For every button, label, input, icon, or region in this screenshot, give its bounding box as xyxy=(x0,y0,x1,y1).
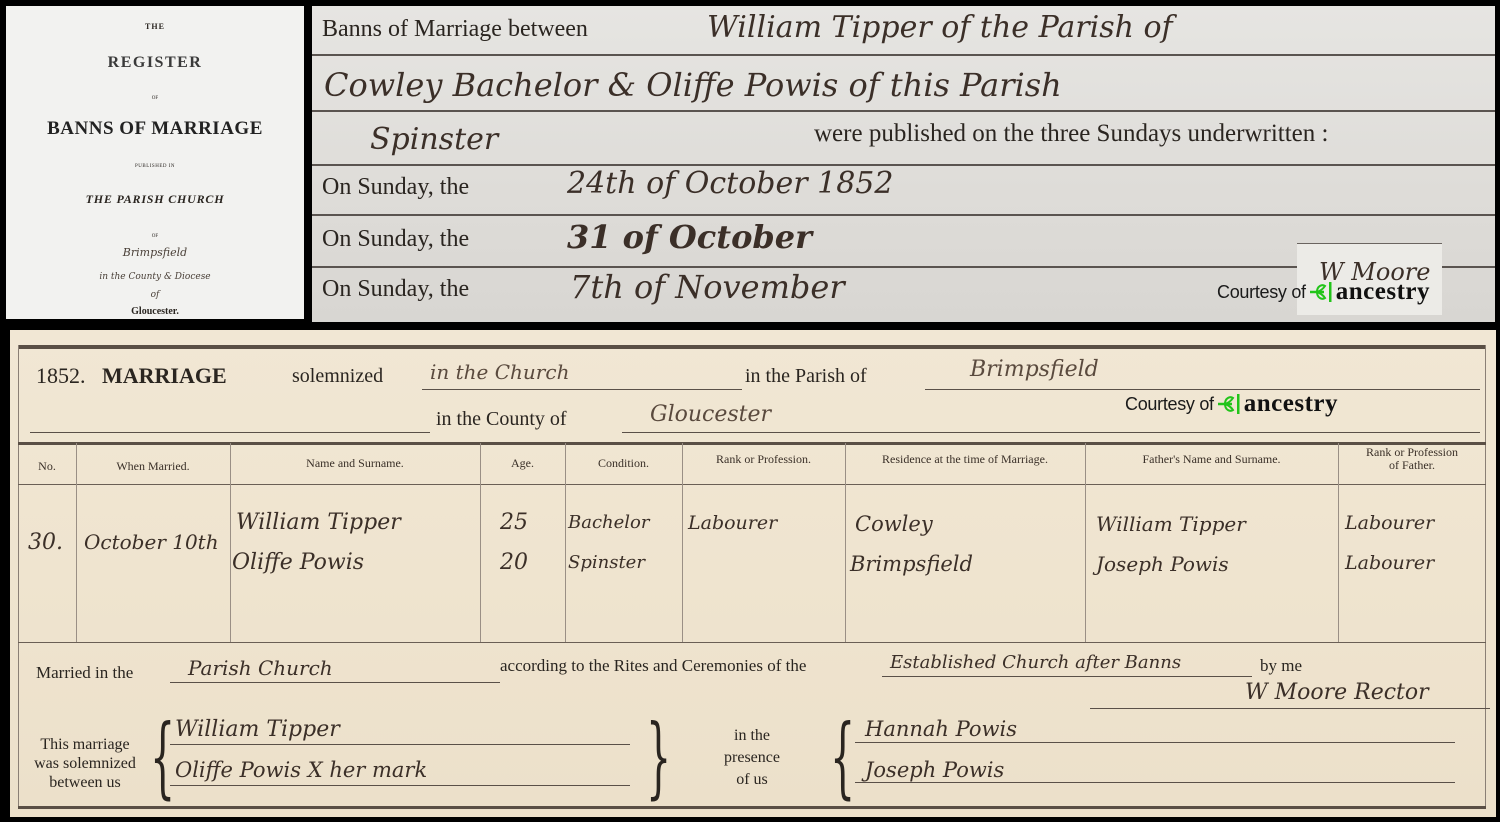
rites-label: according to the Rites and Ceremonies of… xyxy=(500,656,806,676)
solemnized-underline xyxy=(422,389,742,390)
frame-bottom-rule xyxy=(18,806,1486,809)
banns-spinster-handwritten: Spinster xyxy=(370,122,498,157)
col-header-father: Father's Name and Surname. xyxy=(1085,453,1338,466)
courtesy-text: Courtesy of xyxy=(1217,282,1306,303)
bride-father-rank: Labourer xyxy=(1345,552,1434,574)
banns-entry: Banns of Marriage between William Tipper… xyxy=(312,6,1495,322)
ancestry-leaf-icon xyxy=(1308,281,1334,303)
title-gloucester: Gloucester. xyxy=(6,306,304,317)
groom-father: William Tipper xyxy=(1096,512,1246,536)
party-1-underline xyxy=(170,744,630,745)
courtesy-watermark-marriage: Courtesy of ancestry xyxy=(1125,390,1338,418)
officiant-handwritten: W Moore Rector xyxy=(1245,680,1429,705)
courtesy-text: Courtesy of xyxy=(1125,394,1214,415)
bride-condition: Spinster xyxy=(568,552,645,573)
county-underline xyxy=(622,432,1480,433)
col-divider xyxy=(565,443,566,642)
table-header-rule xyxy=(18,484,1486,485)
table-bottom-rule xyxy=(18,642,1486,643)
groom-age: 25 xyxy=(500,510,528,535)
frame-top-rule xyxy=(18,345,1486,349)
rites-underline xyxy=(882,676,1252,677)
banns-row-4 xyxy=(312,166,1495,216)
solemnized-between-line-3: between us xyxy=(20,773,150,792)
party-2-underline xyxy=(170,785,630,786)
sunday-2-label: On Sunday, the xyxy=(322,226,469,253)
married-in-underline xyxy=(170,682,500,683)
banns-between-label: Banns of Marriage between xyxy=(322,16,588,43)
marriage-register-entry: 1852. MARRIAGE solemnized in the Church … xyxy=(10,330,1496,817)
bride-age: 20 xyxy=(500,550,528,575)
col-header-name: Name and Surname. xyxy=(230,457,480,470)
frame-right-rule xyxy=(1485,345,1486,807)
col-header-father-rank: Rank or Profession of Father. xyxy=(1362,446,1462,472)
witness-1-signature: Hannah Powis xyxy=(865,717,1017,741)
sunday-3-date-handwritten: 7th of November xyxy=(570,268,845,306)
col-header-rank: Rank or Profession. xyxy=(682,453,845,466)
by-me-label: by me xyxy=(1260,656,1302,676)
col-header-condition: Condition. xyxy=(565,457,682,470)
register-title-page: THE REGISTER OF BANNS OF MARRIAGE PUBLIS… xyxy=(6,6,304,319)
presence-line-1: in the xyxy=(702,725,802,747)
presence-line-3: of us xyxy=(702,769,802,791)
col-divider xyxy=(1338,443,1339,642)
parish-label: in the Parish of xyxy=(745,365,867,388)
title-of: OF xyxy=(6,96,304,101)
marriage-title: MARRIAGE xyxy=(102,363,227,389)
rites-handwritten: Established Church after Banns xyxy=(890,652,1181,673)
title-county-handwritten: in the County & Diocese xyxy=(6,272,304,282)
banns-parties-handwritten: Cowley Bachelor & Oliffe Powis of this P… xyxy=(324,66,1062,104)
col-header-no: No. xyxy=(18,460,76,473)
left-brace-parties: { xyxy=(150,713,175,801)
banns-groom-handwritten: William Tipper of the Parish of xyxy=(707,10,1173,45)
col-divider xyxy=(845,443,846,642)
frame-left-rule xyxy=(18,345,19,807)
title-register: REGISTER xyxy=(6,54,304,72)
title-published-in: PUBLISHED IN xyxy=(6,164,304,169)
groom-rank: Labourer xyxy=(688,512,777,534)
title-banns-of-marriage: BANNS OF MARRIAGE xyxy=(6,118,304,140)
groom-name: William Tipper xyxy=(236,510,401,535)
right-brace-parties: } xyxy=(646,713,671,801)
title-of-handwritten: of xyxy=(6,290,304,300)
courtesy-watermark-banns: Courtesy of ancestry xyxy=(1217,278,1430,306)
col-divider xyxy=(682,443,683,642)
married-in-handwritten: Parish Church xyxy=(188,656,333,680)
witness-1-underline xyxy=(855,742,1455,743)
witness-2-signature: Joseph Powis xyxy=(865,758,1004,782)
county-label: in the County of xyxy=(436,408,567,431)
table-top-rule xyxy=(18,442,1486,445)
left-brace-witnesses: { xyxy=(830,713,855,801)
presence-line-2: presence xyxy=(702,747,802,769)
groom-residence: Cowley xyxy=(855,512,933,536)
entry-number: 30. xyxy=(28,530,63,555)
bride-father: Joseph Powis xyxy=(1096,552,1229,576)
col-divider xyxy=(230,443,231,642)
sunday-2-date-handwritten: 31 of October xyxy=(567,218,812,256)
married-in-label: Married in the xyxy=(36,663,133,683)
bride-name: Oliffe Powis xyxy=(232,550,364,575)
solemnized-label: solemnized xyxy=(292,365,383,388)
ancestry-brand: ancestry xyxy=(1336,278,1430,306)
party-1-signature: William Tipper xyxy=(175,717,340,742)
county-handwritten: Gloucester xyxy=(650,402,771,427)
title-parish-church: THE PARISH CHURCH xyxy=(6,192,304,207)
ancestry-brand: ancestry xyxy=(1244,390,1338,418)
officiant-underline xyxy=(1090,708,1490,709)
col-header-age: Age. xyxy=(480,457,565,470)
sunday-3-label: On Sunday, the xyxy=(322,276,469,303)
parish-handwritten: Brimpsfield xyxy=(970,357,1099,382)
title-parish-handwritten: Brimpsfield xyxy=(6,246,304,259)
ancestry-leaf-icon xyxy=(1216,393,1242,415)
solemnized-between-line-1: This marriage xyxy=(20,735,150,754)
col-header-residence: Residence at the time of Marriage. xyxy=(845,453,1085,466)
solemnized-handwritten: in the Church xyxy=(430,360,569,384)
col-divider xyxy=(1085,443,1086,642)
col-divider xyxy=(480,443,481,642)
groom-condition: Bachelor xyxy=(568,512,649,533)
col-header-when: When Married. xyxy=(76,460,230,473)
party-2-signature: Oliffe Powis X her mark xyxy=(175,758,427,782)
groom-father-rank: Labourer xyxy=(1345,512,1434,534)
solemnized-between-label: This marriage was solemnized between us xyxy=(20,735,150,792)
banns-published-label: were published on the three Sundays unde… xyxy=(814,120,1328,148)
title-of-2: OF xyxy=(6,234,304,239)
county-left-underline xyxy=(30,432,430,433)
entry-when-married: October 10th xyxy=(84,530,219,554)
solemnized-between-line-2: was solemnized xyxy=(20,754,150,773)
title-the: THE xyxy=(6,22,304,31)
witness-2-underline xyxy=(855,782,1455,783)
sunday-1-label: On Sunday, the xyxy=(322,174,469,201)
bride-residence: Brimpsfield xyxy=(850,552,973,576)
sunday-1-date-handwritten: 24th of October 1852 xyxy=(567,166,893,201)
marriage-year: 1852. xyxy=(36,363,86,389)
presence-label: in the presence of us xyxy=(702,725,802,791)
